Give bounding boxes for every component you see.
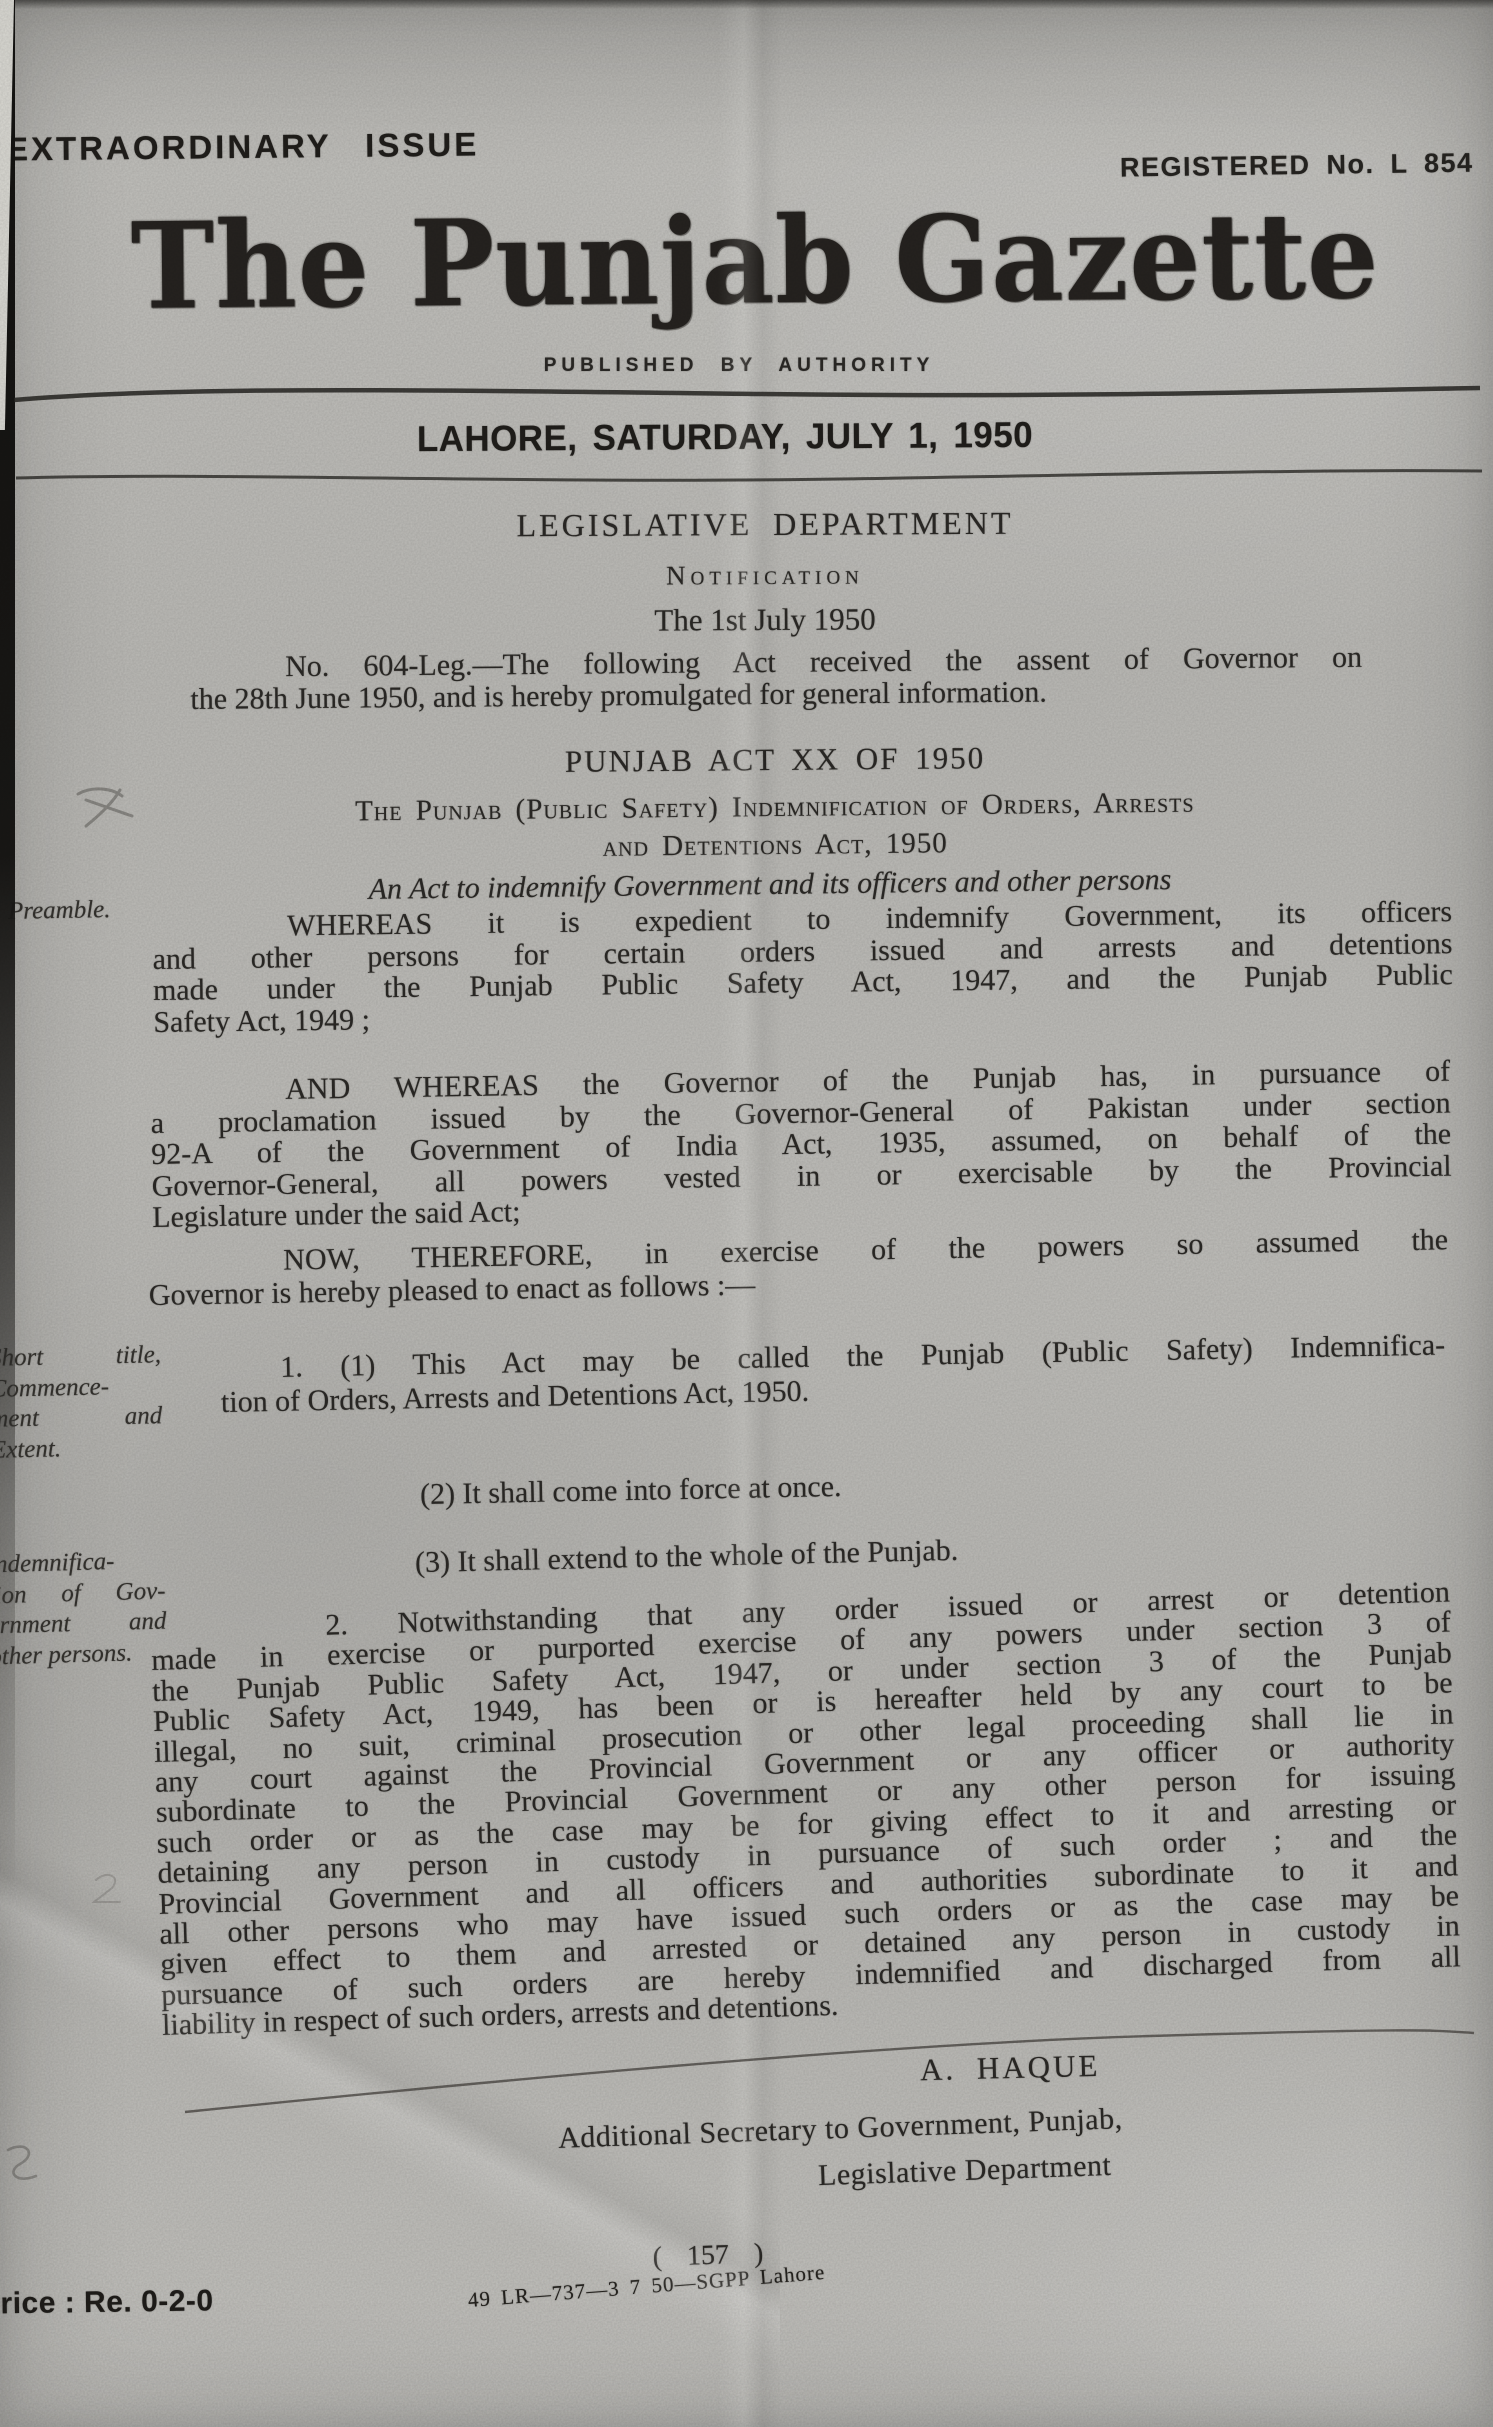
signatory-name: A. HAQUE — [920, 2048, 1101, 2088]
margin-note-line: ment and — [0, 1401, 163, 1435]
margin-note-indemnification: Indemnifica- tion of Gov- ernment and ot… — [0, 1546, 168, 1673]
margin-note-line: Commence- — [0, 1371, 162, 1405]
margin-note-line: ernment and — [0, 1607, 167, 1642]
signatory-title-line-2: Legislative Department — [817, 2149, 1111, 2193]
margin-note-line: Preamble. — [8, 895, 111, 927]
margin-note-line: other persons. — [0, 1637, 168, 1672]
margin-note-line: Indemnifica- — [0, 1546, 165, 1581]
margin-note-short-title: Short title, Commence- ment and Extent. — [0, 1340, 163, 1466]
section-1-clause-3: (3) It shall extend to the whole of the … — [415, 1534, 959, 1580]
margin-note-line: Extent. — [0, 1432, 163, 1466]
issue-label: EXTRAORDINARY ISSUE — [6, 126, 480, 169]
section-1-clause-1: 1. (1) This Act may be called the Punjab… — [220, 1328, 1446, 1420]
registered-number: REGISTERED No. L 854 — [1120, 147, 1492, 183]
enacting-clause: NOW, THEREFORE, in exercise of the power… — [148, 1223, 1449, 1312]
preamble-paragraph-2: AND WHEREAS the Governor of the Punjab h… — [150, 1056, 1452, 1234]
margin-note-preamble: Preamble. — [8, 895, 111, 927]
margin-note-line: Short title, — [0, 1340, 161, 1374]
preamble-paragraph-1: WHEREAS it is expedient to indemnify Gov… — [152, 896, 1453, 1038]
margin-note-line: tion of Gov- — [0, 1576, 166, 1611]
scanner-top-shadow — [0, 0, 1493, 9]
paper-crease-shading — [0, 1800, 780, 2420]
gazette-scanned-page: EXTRAORDINARY ISSUE REGISTERED No. L 854… — [0, 0, 1493, 2427]
